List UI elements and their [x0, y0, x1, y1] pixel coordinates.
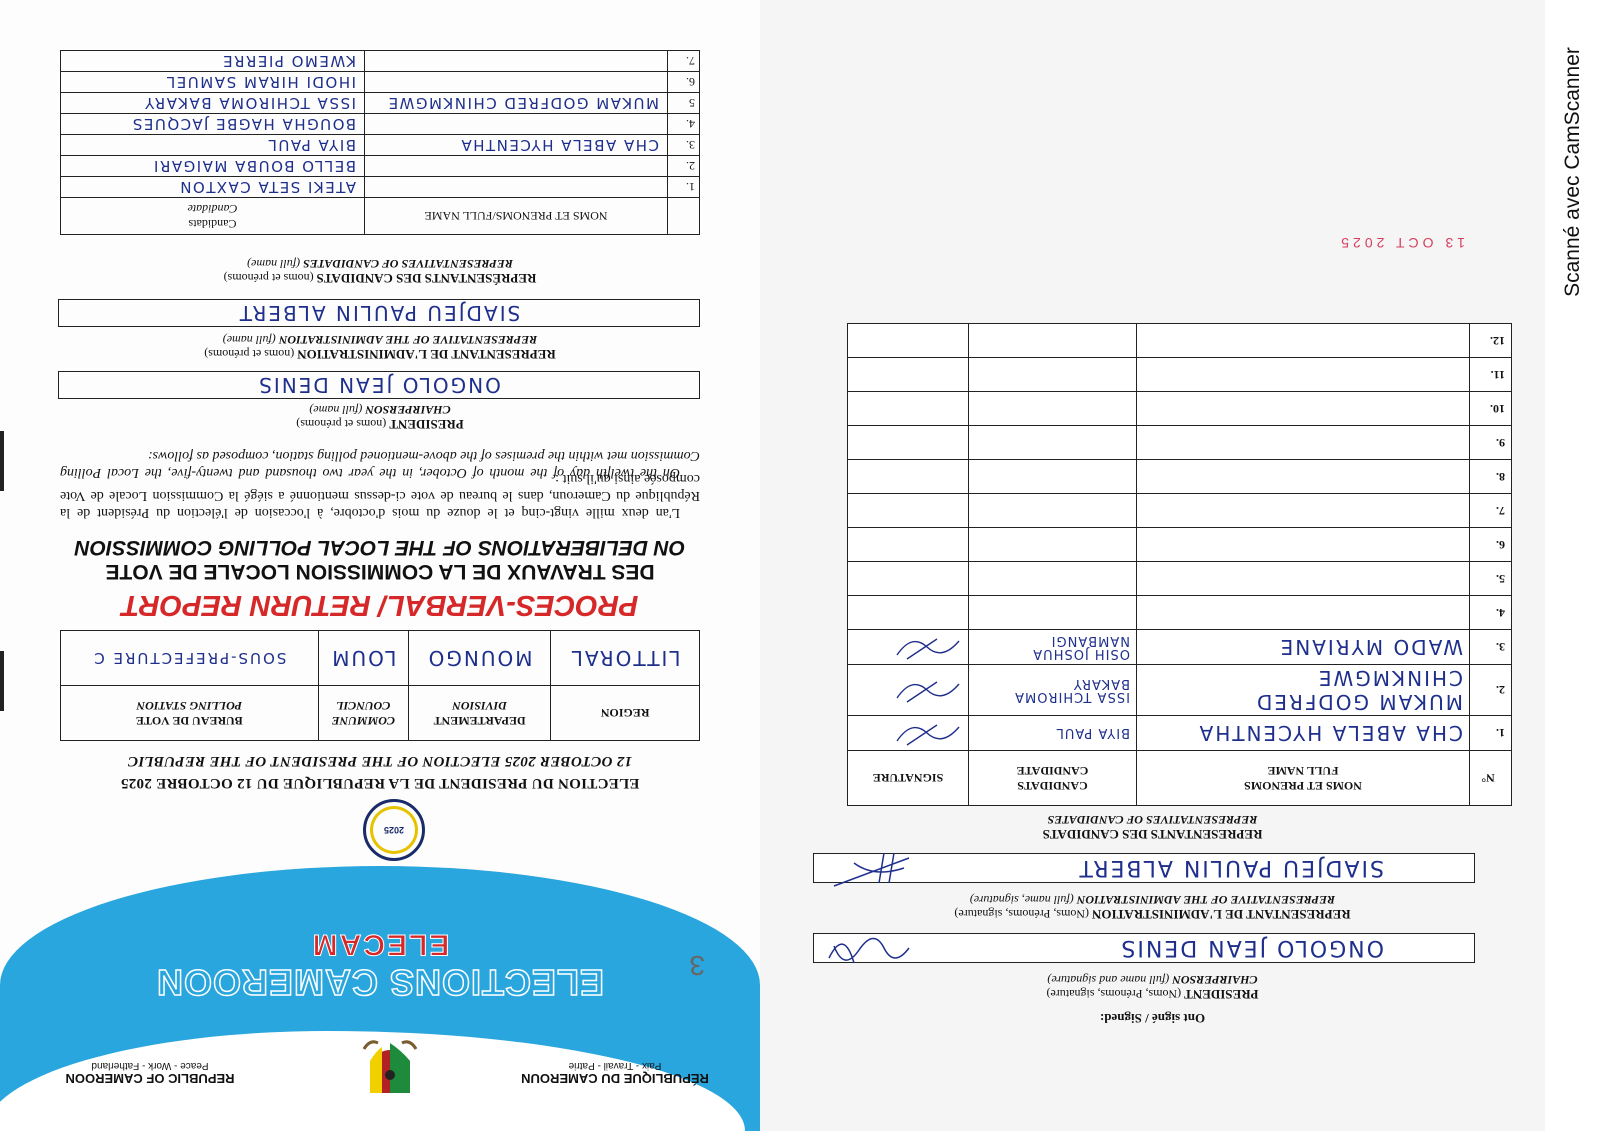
rep-name-cell[interactable]: CHA ABELA HYCENTHA: [1137, 716, 1470, 751]
rep-name-cell[interactable]: MUKAM GODFRED CHINKMGWE: [365, 93, 668, 114]
org-name: ELECTIONS CAMEROON: [0, 961, 760, 1003]
candidate-cell[interactable]: BELLO BOUBA MAIGARI: [61, 156, 365, 177]
right-candidate-reps-label: REPRESENTANTS DES CANDIDATS REPRESENTATI…: [760, 813, 1545, 841]
president-signature: [814, 934, 924, 962]
election-title-fr: ELECTION DU PRESIDENT DE LA REPUBLIQUE D…: [0, 774, 760, 791]
election-title-en: 12 OCTOBER 2025 ELECTION OF THE PRESIDEN…: [0, 752, 760, 769]
candidate-cell[interactable]: [969, 528, 1137, 562]
candidate-cell[interactable]: [969, 460, 1137, 494]
report-subtitle-en: ON DELIBERATIONS OF THE LOCAL POLLING CO…: [0, 535, 760, 559]
admin-rep-signature: [814, 854, 924, 882]
num-header: N°: [1470, 751, 1512, 806]
admin-rep-label: REPRESENTANT DE L'ADMINISTRATION (noms e…: [0, 333, 760, 361]
row-number: 1.: [1470, 716, 1512, 751]
scan-edge-mark: [0, 651, 4, 711]
signature-cell[interactable]: [848, 665, 969, 716]
candidate-cell[interactable]: BIYA PAUL: [969, 716, 1137, 751]
rep-name-cell[interactable]: [1137, 324, 1470, 358]
candidate-cell[interactable]: [969, 562, 1137, 596]
row-number: 3.: [668, 135, 700, 156]
rep-name-cell[interactable]: [1137, 494, 1470, 528]
election-seal-icon: 2025: [363, 799, 425, 861]
table-row: 9.: [848, 426, 1512, 460]
report-title: PROCES-VERBAL/ RETURN REPORT: [0, 588, 760, 621]
candidate-header: CandidatsCandidate: [61, 198, 365, 235]
signature-cell[interactable]: [848, 630, 969, 665]
rep-name-cell[interactable]: MUKAM GODFRED CHINKMGWE: [1137, 665, 1470, 716]
rep-name-cell[interactable]: [365, 72, 668, 93]
candidate-reps-table: NOMS ET PRENOMS/FULL NAME CandidatsCandi…: [60, 50, 700, 235]
signature-header: SIGNATURE: [848, 751, 969, 806]
rep-name-cell[interactable]: WADO MYRIANE: [1137, 630, 1470, 665]
candidate-cell[interactable]: [969, 494, 1137, 528]
table-row: 6.: [848, 528, 1512, 562]
rep-name-cell[interactable]: CHA ABELA HYCENTHA: [365, 135, 668, 156]
rep-name-cell[interactable]: [365, 177, 668, 198]
signature-cell[interactable]: [848, 426, 969, 460]
table-row: 3.CHA ABELA HYCENTHABIYA PAUL: [61, 135, 700, 156]
right-admin-rep-label: REPRESENTANT DE L'ADMINISTRATION (Noms, …: [760, 893, 1545, 921]
motto-en: Peace - Work - Fatherland: [50, 1060, 250, 1071]
value-division: MOUNGO: [408, 631, 550, 686]
admin-rep-name: SIADJEU PAULIN ALBERT: [238, 301, 521, 325]
num-header: [668, 198, 700, 235]
motto-fr: Paix - Travail - Patrie: [515, 1060, 715, 1071]
row-number: 6.: [1470, 528, 1512, 562]
table-row: 7.KWEMO PIERRE: [61, 51, 700, 72]
watermark-text: Scanné avec CamScanner: [1561, 27, 1585, 317]
row-number: 5: [668, 93, 700, 114]
president-name: ONGOLO JEAN DENIS: [257, 373, 501, 397]
table-row: 6.IHODI HIRAM SAMUEL: [61, 72, 700, 93]
rep-name-cell[interactable]: [1137, 596, 1470, 630]
seal-year: 2025: [384, 825, 404, 835]
candidate-cell[interactable]: [969, 426, 1137, 460]
row-number: 10.: [1470, 392, 1512, 426]
handwritten-page-mark: 3: [689, 949, 705, 981]
signature-cell[interactable]: [848, 392, 969, 426]
rep-name-cell[interactable]: [1137, 562, 1470, 596]
value-council: LOUM: [318, 631, 408, 686]
left-page: RÉPUBLIQUE DU CAMEROUN Paix - Travail - …: [0, 0, 760, 1131]
row-number: 1.: [668, 177, 700, 198]
admin-rep-name-field[interactable]: SIADJEU PAULIN ALBERT: [58, 299, 700, 327]
signature-scribble-icon: [877, 635, 967, 663]
rep-name-cell[interactable]: [1137, 460, 1470, 494]
candidate-cell[interactable]: BIYA PAUL: [61, 135, 365, 156]
row-number: 2.: [668, 156, 700, 177]
header-division: DEPARTEMENTDIVISION: [408, 686, 550, 741]
candidate-cell[interactable]: [969, 596, 1137, 630]
name-header: NOMS ET PRENOMSFULL NAME: [1137, 751, 1470, 806]
right-candidate-reps-table: N° NOMS ET PRENOMSFULL NAME CANDIDATSCAN…: [847, 323, 1512, 806]
table-row: 5.: [848, 562, 1512, 596]
right-admin-rep-field[interactable]: SIADJEU PAULIN ALBERT: [813, 853, 1475, 883]
rep-name-cell[interactable]: [365, 51, 668, 72]
table-row: 10.: [848, 392, 1512, 426]
candidate-cell[interactable]: IHODI HIRAM SAMUEL: [61, 72, 365, 93]
signature-cell[interactable]: [848, 358, 969, 392]
row-number: 6.: [668, 72, 700, 93]
row-number: 4.: [668, 114, 700, 135]
row-number: 11.: [1470, 358, 1512, 392]
signed-label: Ont signé / Signed:: [760, 1010, 1545, 1026]
signature-cell[interactable]: [848, 528, 969, 562]
row-number: 8.: [1470, 460, 1512, 494]
table-row: 11.: [848, 358, 1512, 392]
candidate-cell[interactable]: [969, 358, 1137, 392]
candidate-cell[interactable]: KWEMO PIERRE: [61, 51, 365, 72]
republic-en-text: REPUBLIC OF CAMEROON: [66, 1071, 235, 1086]
row-number: 5.: [1470, 562, 1512, 596]
value-region: LITTORAL: [551, 631, 700, 686]
president-name-field[interactable]: ONGOLO JEAN DENIS: [58, 371, 700, 399]
candidate-cell[interactable]: [969, 324, 1137, 358]
report-subtitle-fr: DES TRAVAUX DE LA COMMISSION LOCALE DE V…: [0, 559, 760, 583]
row-number: 9.: [1470, 426, 1512, 460]
table-row: 4.BOUGHA HAGBE JACQUES: [61, 114, 700, 135]
row-number: 3.: [1470, 630, 1512, 665]
row-number: 7.: [1470, 494, 1512, 528]
republic-fr: RÉPUBLIQUE DU CAMEROUN Paix - Travail - …: [515, 1060, 715, 1086]
signature-cell[interactable]: [848, 494, 969, 528]
rep-name-cell[interactable]: [1137, 392, 1470, 426]
candidate-header: CANDIDATSCANDIDATE: [969, 751, 1137, 806]
row-number: 7.: [668, 51, 700, 72]
table-row: 7.: [848, 494, 1512, 528]
rep-name-cell[interactable]: [365, 156, 668, 177]
candidate-reps-label: REPRÉSENTANTS DES CANDIDATS (noms et pré…: [0, 257, 760, 285]
camscanner-watermark: Scanné avec CamScanner: [1548, 30, 1578, 320]
value-polling-station: SOUS-PREFECTURE C: [61, 631, 319, 686]
right-president-field[interactable]: ONGOLO JEAN DENIS: [813, 933, 1475, 963]
signature-cell[interactable]: [848, 596, 969, 630]
table-row: 2.MUKAM GODFRED CHINKMGWEISSA TCHIROMA B…: [848, 665, 1512, 716]
table-row: 5MUKAM GODFRED CHINKMGWEISSA TCHIROMA BA…: [61, 93, 700, 114]
republic-fr-text: RÉPUBLIQUE DU CAMEROUN: [521, 1071, 709, 1086]
right-president-label: PRESIDENT (Noms, Prénoms, signature) CHA…: [760, 973, 1545, 1001]
signature-cell[interactable]: [848, 716, 969, 751]
header-polling-station: BUREAU DE VOTEPOLLING STATION: [61, 686, 319, 741]
location-table: REGION DEPARTEMENTDIVISION COMMUNECOUNCI…: [60, 630, 700, 741]
name-header: NOMS ET PRENOMS/FULL NAME: [365, 198, 668, 235]
org-acronym: ELECAM: [0, 927, 760, 961]
row-number: 12.: [1470, 324, 1512, 358]
candidate-cell[interactable]: ISSA TCHIROMA BAKARY: [969, 665, 1137, 716]
candidate-cell[interactable]: BOUGHA HAGBE JACQUES: [61, 114, 365, 135]
right-page: Ont signé / Signed: PRESIDENT (Noms, Pré…: [760, 0, 1545, 1131]
table-row: 2.BELLO BOUBA MAIGARI: [61, 156, 700, 177]
red-date-stamp: 13 OCT 2025: [1337, 235, 1465, 251]
rep-name-cell[interactable]: [1137, 528, 1470, 562]
header-region: REGION: [551, 686, 700, 741]
president-label: PRESIDENT (noms et prénoms) CHAIRPERSON …: [0, 403, 760, 431]
table-row: 1.ATEKI SETA CAXTON: [61, 177, 700, 198]
header-banner: RÉPUBLIQUE DU CAMEROUN Paix - Travail - …: [0, 866, 760, 1131]
scan-edge-mark: [0, 431, 4, 491]
rep-name-cell[interactable]: [365, 114, 668, 135]
candidate-cell[interactable]: OSIH JOSHUA NAMBANGI: [969, 630, 1137, 665]
header-council: COMMUNECOUNCIL: [318, 686, 408, 741]
republic-en: REPUBLIC OF CAMEROON Peace - Work - Fath…: [50, 1060, 250, 1086]
signature-cell[interactable]: [848, 324, 969, 358]
row-number: 2.: [1470, 665, 1512, 716]
signature-cell[interactable]: [848, 460, 969, 494]
rep-name-cell[interactable]: [1137, 426, 1470, 460]
table-row: 12.: [848, 324, 1512, 358]
coat-of-arms-icon: [360, 1035, 420, 1101]
candidate-cell[interactable]: ISSA TCHIROMA BAKARY: [61, 93, 365, 114]
table-row: 8.: [848, 460, 1512, 494]
table-row: 3.WADO MYRIANEOSIH JOSHUA NAMBANGI: [848, 630, 1512, 665]
intro-paragraph-en: On the twelfth day of the month of Octob…: [60, 447, 700, 481]
table-row: 1.CHA ABELA HYCENTHABIYA PAUL: [848, 716, 1512, 751]
rep-name-cell[interactable]: [1137, 358, 1470, 392]
signature-scribble-icon: [877, 678, 967, 706]
row-number: 4.: [1470, 596, 1512, 630]
signature-cell[interactable]: [848, 562, 969, 596]
signature-scribble-icon: [877, 721, 967, 749]
candidate-cell[interactable]: ATEKI SETA CAXTON: [61, 177, 365, 198]
right-president-name: ONGOLO JEAN DENIS: [924, 936, 1474, 961]
candidate-cell[interactable]: [969, 392, 1137, 426]
table-row: 4.: [848, 596, 1512, 630]
right-admin-rep-name: SIADJEU PAULIN ALBERT: [924, 856, 1474, 881]
